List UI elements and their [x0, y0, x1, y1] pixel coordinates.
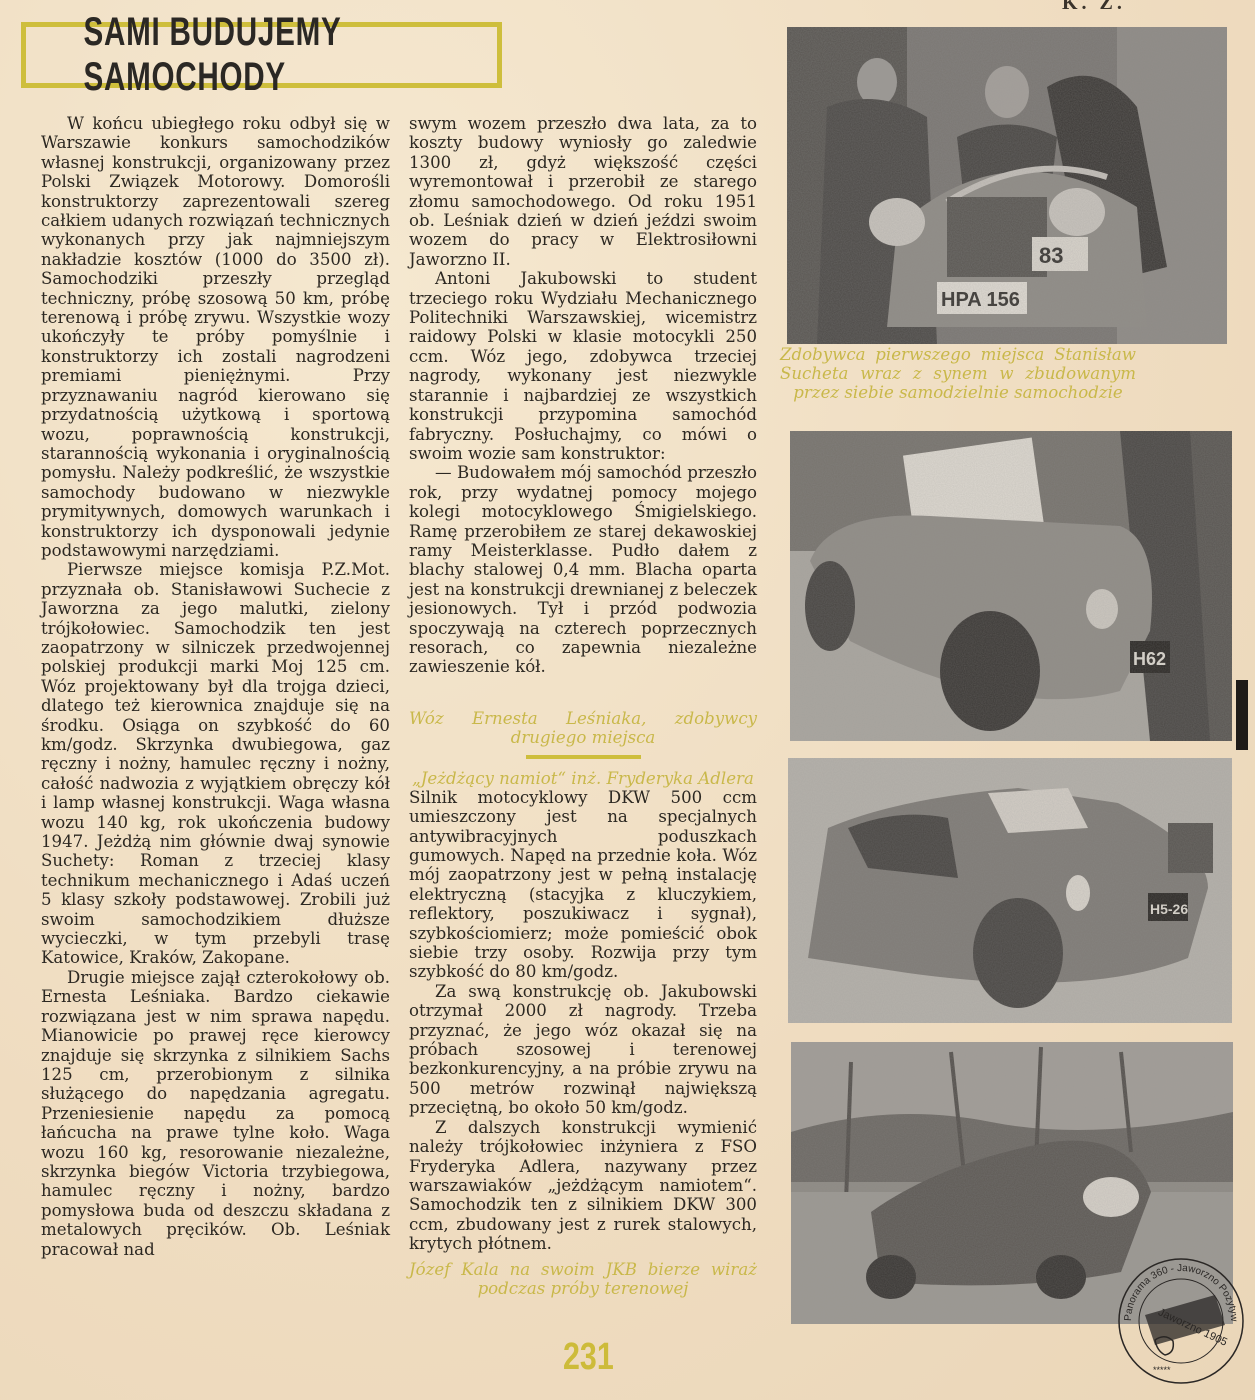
paragraph: — Budowałem mój samochód przeszło rok, p…	[409, 463, 757, 676]
paragraph: Za swą konstrukcję ob. Jakubowski otrzym…	[409, 982, 757, 1118]
caption-divider	[526, 755, 641, 759]
watermark-stamp: Panorama 360 - Jaworzno Pozytywna Energi…	[1115, 1255, 1247, 1387]
caption-photo-2: Wóz Ernesta Leśniaka, zdobywcy drugiego …	[409, 709, 757, 747]
page-edge-mark	[1236, 680, 1248, 750]
paragraph: Pierwsze miejsce komisja P.Z.Mot. przyzn…	[41, 560, 390, 968]
paragraph: swym wozem przeszło dwa lata, za to kosz…	[409, 114, 757, 269]
paragraph: Antoni Jakubowski to student trzeciego r…	[409, 269, 757, 463]
paragraph: W końcu ubiegłego roku odbył się w Warsz…	[41, 114, 390, 560]
article-title: SAMI BUDUJEMY SAMOCHODY	[84, 22, 440, 88]
caption-photo-3: „Jeżdżący namiot“ inż. Fryderyka Adlera	[409, 769, 757, 788]
page-number: 231	[563, 1336, 614, 1379]
photo-lesniak-car: H62	[790, 431, 1232, 741]
paragraph: Silnik motocyklowy DKW 500 ccm umieszczo…	[409, 788, 757, 982]
photo-adler-tent-car: H5-26	[788, 758, 1232, 1023]
photo-sucheta-car: 83 HPA 156	[787, 27, 1227, 344]
article-column-2: swym wozem przeszło dwa lata, za to kosz…	[409, 114, 757, 1298]
caption-photo-1: Zdobywca pierwszego miejsca Stanisław Su…	[780, 345, 1136, 402]
author-initials: K. Z.	[1062, 0, 1126, 15]
svg-text:*****: *****	[1153, 1365, 1171, 1375]
paragraph: Drugie miejsce zajął czterokołowy ob. Er…	[41, 968, 390, 1259]
paragraph: Z dalszych konstrukcji wymienić należy t…	[409, 1118, 757, 1254]
article-column-1: W końcu ubiegłego roku odbył się w Warsz…	[41, 114, 390, 1259]
caption-photo-4: Józef Kala na swoim JKB bierze wiraż pod…	[409, 1260, 757, 1298]
